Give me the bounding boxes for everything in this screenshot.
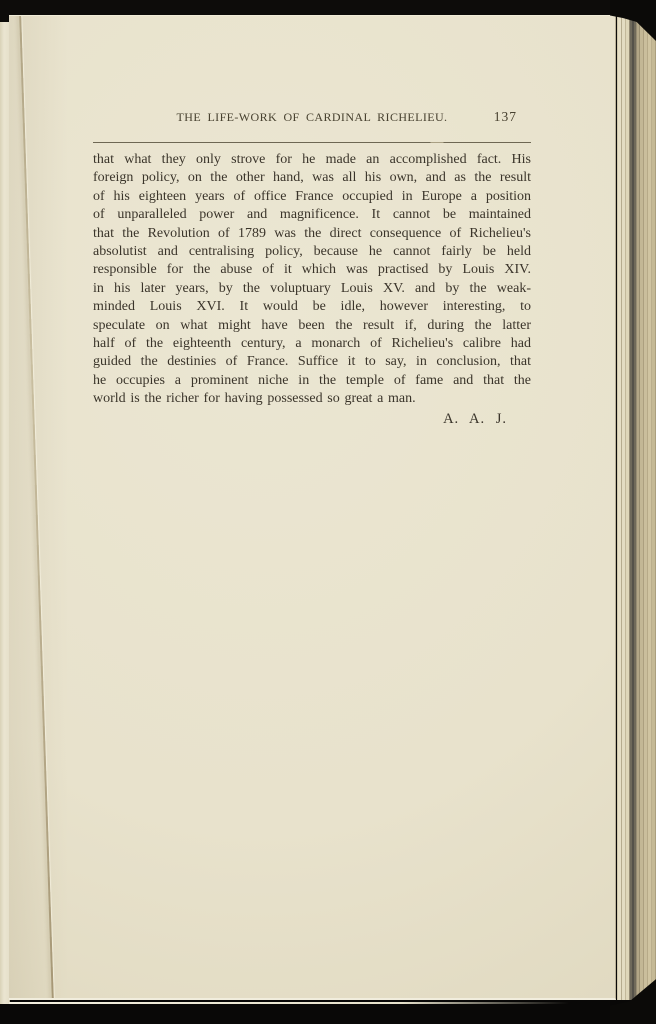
- text-line: responsible for the abuse of it which wa…: [93, 261, 531, 279]
- scanned-book-photo: THE LIFE-WORK OF CARDINAL RICHELIEU. 137…: [0, 0, 656, 1024]
- text-line: of unparalleled power and magnificence. …: [93, 206, 531, 224]
- header-rule: [93, 142, 531, 143]
- body-text: that what they only strove for he made a…: [93, 151, 531, 409]
- text-line: foreign policy, on the other hand, was a…: [93, 169, 531, 187]
- author-initials: A. A. J.: [93, 410, 531, 428]
- text-line: in his later years, by the voluptuary Lo…: [93, 280, 531, 298]
- fore-edge-page-stack: [617, 15, 656, 1000]
- text-line: minded Louis XVI. It would be idle, howe…: [93, 298, 531, 316]
- text-line: that the Revolution of 1789 was the dire…: [93, 225, 531, 243]
- running-head-title: THE LIFE-WORK OF CARDINAL RICHELIEU.: [177, 110, 448, 124]
- bottom-page-edge: [9, 1002, 569, 1004]
- text-line: guided the destinies of France. Suffice …: [93, 353, 531, 371]
- running-head: THE LIFE-WORK OF CARDINAL RICHELIEU. 137: [93, 109, 531, 131]
- text-line: half of the eighteenth century, a monarc…: [93, 335, 531, 353]
- page-number: 137: [494, 109, 517, 125]
- text-line: world is the richer for having possessed…: [93, 390, 531, 408]
- text-line: of his eighteen years of office France o…: [93, 188, 531, 206]
- text-line: he occupies a prominent niche in the tem…: [93, 372, 531, 390]
- gutter-shading: [9, 16, 79, 998]
- text-line: absolutist and centralising policy, beca…: [93, 243, 531, 261]
- text-line: that what they only strove for he made a…: [93, 151, 531, 169]
- text-line: speculate on what might have been the re…: [93, 317, 531, 335]
- printed-text-block: THE LIFE-WORK OF CARDINAL RICHELIEU. 137…: [93, 109, 531, 428]
- book-page: THE LIFE-WORK OF CARDINAL RICHELIEU. 137…: [9, 15, 616, 1000]
